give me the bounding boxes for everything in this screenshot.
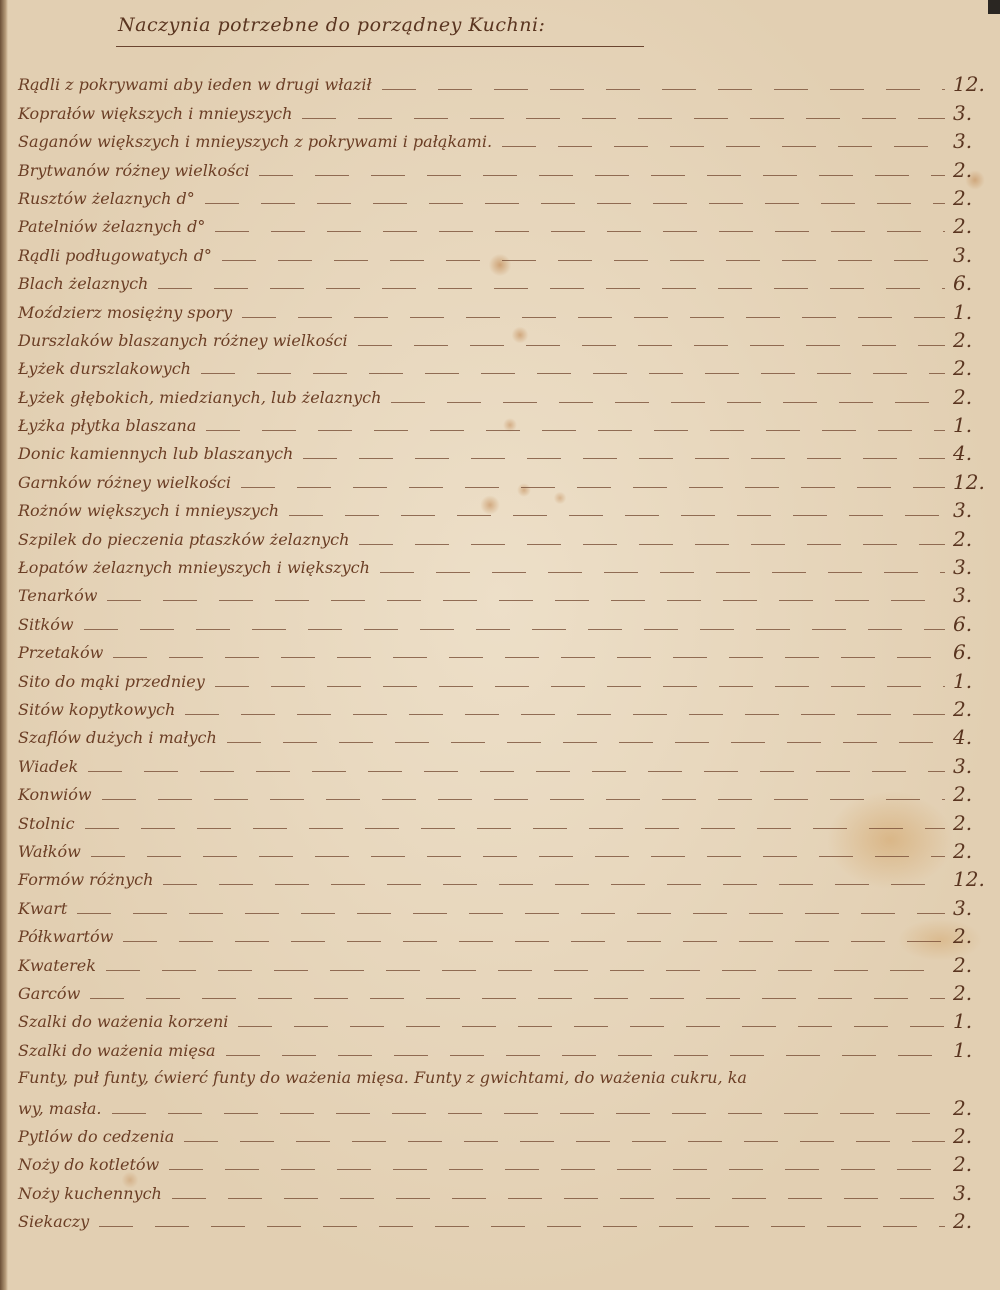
- list-item: Sitków6.: [18, 609, 993, 637]
- title-underline: [116, 46, 644, 47]
- list-item: Saganów większych i mnieyszych z pokrywa…: [18, 127, 993, 155]
- item-quantity: 2.: [953, 527, 993, 553]
- item-quantity: 3.: [953, 243, 993, 269]
- item-quantity: 2.: [953, 1152, 993, 1178]
- list-item: Noży kuchennych3.: [18, 1178, 993, 1206]
- leader-dashes: [201, 373, 945, 374]
- item-quantity: 1.: [953, 1009, 993, 1035]
- item-label: Brytwanów różney wielkości: [18, 161, 249, 184]
- item-quantity: 3.: [953, 129, 993, 155]
- item-quantity: 2.: [953, 811, 993, 837]
- item-label: Rusztów żelaznych d°: [18, 189, 195, 212]
- leader-dashes: [226, 1055, 945, 1056]
- leader-dashes: [106, 970, 945, 971]
- list-item: Przetaków6.: [18, 638, 993, 666]
- item-quantity: 3.: [953, 583, 993, 609]
- list-item: Durszlaków blaszanych różney wielkości2.: [18, 326, 993, 354]
- leader-dashes: [163, 884, 945, 885]
- leader-dashes: [91, 856, 945, 857]
- item-quantity: 2.: [953, 697, 993, 723]
- item-quantity: 4.: [953, 725, 993, 751]
- item-label: Saganów większych i mnieyszych z pokrywa…: [18, 132, 492, 155]
- list-item: Wałków2.: [18, 837, 993, 865]
- leader-dashes: [169, 1169, 945, 1170]
- leader-dashes: [215, 686, 945, 687]
- leader-dashes: [242, 317, 945, 318]
- leader-dashes: [259, 175, 945, 176]
- item-label: Tenarków: [18, 586, 97, 609]
- item-label: Stolnic: [18, 814, 75, 837]
- list-item: Siekaczy2.: [18, 1207, 993, 1235]
- item-quantity: 6.: [953, 612, 993, 638]
- item-label-line2-row: wy, masła.2.: [18, 1092, 993, 1122]
- list-item: Wiadek3.: [18, 751, 993, 779]
- list-item: Łyżek durszlakowych2.: [18, 354, 993, 382]
- item-quantity: 2.: [953, 981, 993, 1007]
- item-label: Garców: [18, 984, 80, 1007]
- list-item: Kwaterek2.: [18, 950, 993, 978]
- item-label-line2: wy, masła.: [18, 1099, 102, 1122]
- page-title: Naczynia potrzebne do porządney Kuchni:: [118, 14, 545, 36]
- leader-dashes: [238, 1026, 945, 1027]
- list-item: Koprałów większych i mnieyszych3.: [18, 98, 993, 126]
- item-label: Moździerz mosiężny spory: [18, 303, 232, 326]
- item-label: Sitów kopytkowych: [18, 700, 175, 723]
- item-label: Patelniów żelaznych d°: [18, 217, 205, 240]
- item-quantity: 3.: [953, 754, 993, 780]
- list-item: Kwart3.: [18, 893, 993, 921]
- item-quantity: 12.: [953, 72, 993, 98]
- leader-dashes: [206, 430, 945, 431]
- item-label: Szaflów dużych i małych: [18, 728, 217, 751]
- book-spine-edge: [0, 0, 8, 1290]
- leader-dashes: [88, 771, 945, 772]
- item-label: Rądli z pokrywami aby ieden w drugi właz…: [18, 75, 372, 98]
- item-label: Łyżek durszlakowych: [18, 359, 191, 382]
- item-quantity: 2.: [953, 186, 993, 212]
- item-label: Konwiów: [18, 785, 92, 808]
- item-quantity: 2.: [953, 214, 993, 240]
- item-label: Sitków: [18, 615, 74, 638]
- item-quantity: 3.: [953, 1181, 993, 1207]
- list-item: Sito do mąki przedniey1.: [18, 666, 993, 694]
- item-label-line1: Funty, puł funty, ćwierć funty do ważeni…: [18, 1064, 993, 1092]
- item-label: Siekaczy: [18, 1212, 89, 1235]
- list-item: Donic kamiennych lub blaszanych4.: [18, 439, 993, 467]
- list-item: Tenarków3.: [18, 581, 993, 609]
- leader-dashes: [184, 1141, 945, 1142]
- leader-dashes: [502, 146, 945, 147]
- leader-dashes: [112, 1113, 945, 1114]
- item-quantity: 1.: [953, 300, 993, 326]
- item-quantity: 3.: [953, 896, 993, 922]
- leader-dashes: [289, 515, 945, 516]
- item-label: Szpilek do pieczenia ptaszków żelaznych: [18, 530, 349, 553]
- list-item: Rądli z pokrywami aby ieden w drugi właz…: [18, 70, 993, 98]
- inventory-list: Rądli z pokrywami aby ieden w drugi właz…: [18, 70, 993, 1235]
- list-item: Noży do kotletów2.: [18, 1150, 993, 1178]
- item-label: Sito do mąki przedniey: [18, 672, 205, 695]
- page-corner-shadow: [988, 0, 1000, 14]
- list-item: Łyżka płytka blaszana1.: [18, 411, 993, 439]
- item-quantity: 1.: [953, 1038, 993, 1064]
- item-label: Wałków: [18, 842, 81, 865]
- item-quantity: 12.: [953, 867, 993, 893]
- leader-dashes: [185, 714, 945, 715]
- leader-dashes: [123, 941, 945, 942]
- leader-dashes: [303, 458, 945, 459]
- leader-dashes: [391, 402, 945, 403]
- list-item: Szaflów dużych i małych4.: [18, 723, 993, 751]
- leader-dashes: [215, 231, 945, 232]
- item-quantity: 3.: [953, 555, 993, 581]
- item-quantity: 4.: [953, 441, 993, 467]
- item-quantity: 2.: [953, 356, 993, 382]
- item-label: Pytlów do cedzenia: [18, 1127, 174, 1150]
- leader-dashes: [85, 828, 945, 829]
- item-label: Łyżek głębokich, miedzianych, lub żelazn…: [18, 388, 381, 411]
- leader-dashes: [172, 1198, 945, 1199]
- list-item: Łopatów żelaznych mnieyszych i większych…: [18, 553, 993, 581]
- list-item: Blach żelaznych6.: [18, 269, 993, 297]
- list-item: Rusztów żelaznych d°2.: [18, 184, 993, 212]
- list-item: Szalki do ważenia mięsa1.: [18, 1035, 993, 1063]
- leader-dashes: [222, 260, 945, 261]
- item-quantity: 2.: [953, 782, 993, 808]
- item-quantity: 2.: [953, 328, 993, 354]
- item-label: Łyżka płytka blaszana: [18, 416, 196, 439]
- item-label: Kwart: [18, 899, 67, 922]
- item-label: Kwaterek: [18, 956, 96, 979]
- leader-dashes: [380, 572, 945, 573]
- list-item: Formów różnych12.: [18, 865, 993, 893]
- item-label: Durszlaków blaszanych różney wielkości: [18, 331, 348, 354]
- item-label: Półkwartów: [18, 927, 113, 950]
- list-item: Konwiów2.: [18, 780, 993, 808]
- item-quantity: 6.: [953, 640, 993, 666]
- item-quantity: 12.: [953, 470, 993, 496]
- item-label: Szalki do ważenia mięsa: [18, 1041, 216, 1064]
- list-item: Stolnic2.: [18, 808, 993, 836]
- list-item: Półkwartów2.: [18, 922, 993, 950]
- leader-dashes: [84, 629, 945, 630]
- item-label: Noży do kotletów: [18, 1155, 159, 1178]
- list-item: Rożnów większych i mnieyszych3.: [18, 496, 993, 524]
- manuscript-page: Naczynia potrzebne do porządney Kuchni: …: [0, 0, 1000, 1290]
- item-quantity: 1.: [953, 669, 993, 695]
- list-item: Pytlów do cedzenia2.: [18, 1122, 993, 1150]
- leader-dashes: [158, 288, 945, 289]
- list-item: Łyżek głębokich, miedzianych, lub żelazn…: [18, 382, 993, 410]
- item-label: Przetaków: [18, 643, 103, 666]
- item-label: Łopatów żelaznych mnieyszych i większych: [18, 558, 370, 581]
- list-item: Sitów kopytkowych2.: [18, 695, 993, 723]
- item-quantity: 2.: [953, 924, 993, 950]
- list-item: Patelniów żelaznych d°2.: [18, 212, 993, 240]
- item-quantity: 2.: [953, 839, 993, 865]
- leader-dashes: [205, 203, 945, 204]
- leader-dashes: [382, 89, 945, 90]
- item-quantity: 3.: [953, 101, 993, 127]
- item-quantity: 2.: [953, 158, 993, 184]
- leader-dashes: [241, 487, 945, 488]
- leader-dashes: [102, 799, 945, 800]
- item-quantity: 2.: [953, 1209, 993, 1235]
- item-quantity: 6.: [953, 271, 993, 297]
- list-item: Szpilek do pieczenia ptaszków żelaznych2…: [18, 524, 993, 552]
- leader-dashes: [302, 118, 945, 119]
- item-label: Blach żelaznych: [18, 274, 148, 297]
- list-item: Moździerz mosiężny spory1.: [18, 297, 993, 325]
- list-item: Rądli podługowatych d°3.: [18, 240, 993, 268]
- item-quantity: 1.: [953, 413, 993, 439]
- list-item: Garnków różney wielkości12.: [18, 467, 993, 495]
- item-quantity: 2.: [953, 953, 993, 979]
- leader-dashes: [90, 998, 945, 999]
- leader-dashes: [359, 544, 945, 545]
- item-quantity: 2.: [953, 1124, 993, 1150]
- leader-dashes: [99, 1226, 945, 1227]
- item-label: Koprałów większych i mnieyszych: [18, 104, 292, 127]
- list-item: Szalki do ważenia korzeni1.: [18, 1007, 993, 1035]
- item-label: Szalki do ważenia korzeni: [18, 1012, 228, 1035]
- item-label: Rądli podługowatych d°: [18, 246, 212, 269]
- leader-dashes: [227, 742, 945, 743]
- item-label: Wiadek: [18, 757, 78, 780]
- list-item: Garców2.: [18, 979, 993, 1007]
- item-quantity: 2.: [953, 1096, 993, 1122]
- item-label: Formów różnych: [18, 870, 153, 893]
- item-label: Rożnów większych i mnieyszych: [18, 501, 279, 524]
- item-label: Noży kuchennych: [18, 1184, 162, 1207]
- leader-dashes: [113, 657, 945, 658]
- list-item: Brytwanów różney wielkości2.: [18, 155, 993, 183]
- item-label: Donic kamiennych lub blaszanych: [18, 444, 293, 467]
- item-label: Garnków różney wielkości: [18, 473, 231, 496]
- item-quantity: 2.: [953, 385, 993, 411]
- leader-dashes: [107, 600, 945, 601]
- leader-dashes: [358, 345, 945, 346]
- item-quantity: 3.: [953, 498, 993, 524]
- list-item-wrapped: Funty, puł funty, ćwierć funty do ważeni…: [18, 1064, 993, 1122]
- leader-dashes: [77, 913, 945, 914]
